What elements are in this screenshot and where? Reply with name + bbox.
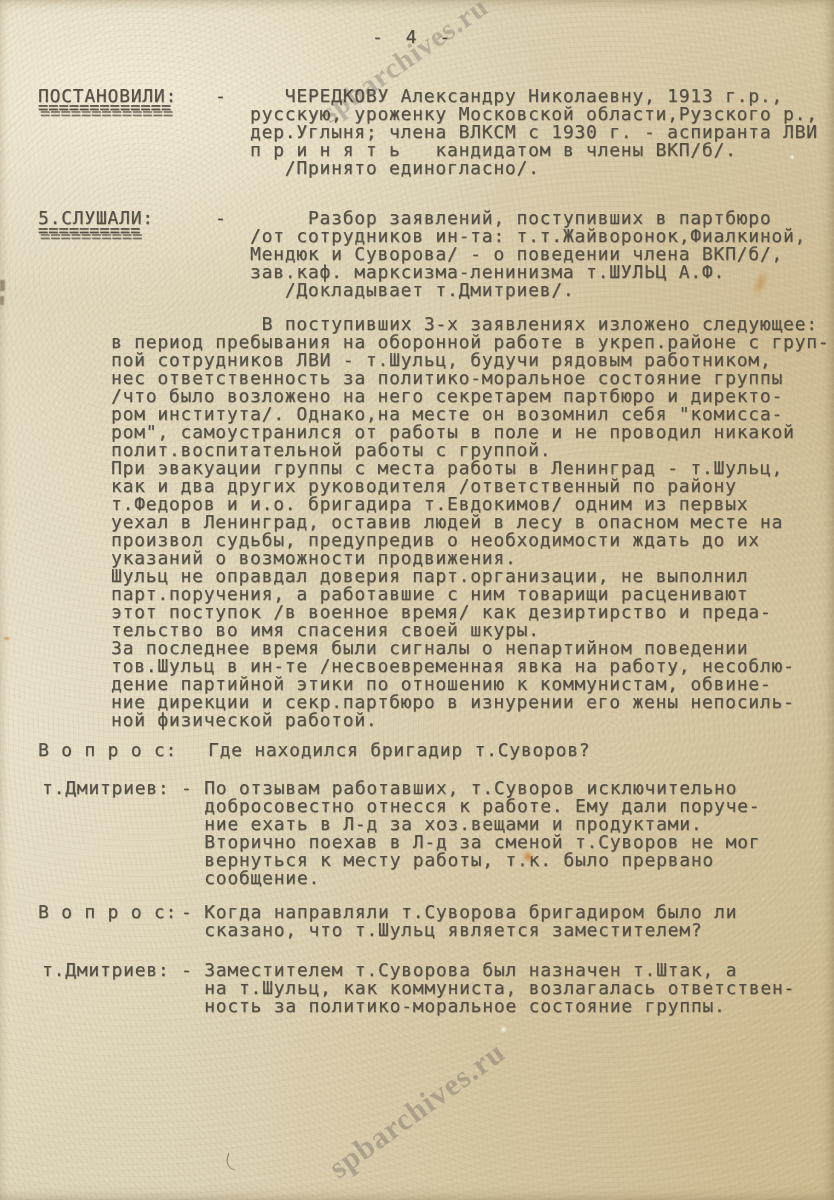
item5-dash: - [215, 210, 227, 228]
left-edge-mark-2 [0, 296, 4, 305]
resolution-underline-2: ============= [40, 109, 173, 119]
white-speck-1 [500, 1026, 507, 1033]
scanned-document-page: spbarchives.ru spbarchives.ru - 4 - ПОСТ… [0, 0, 834, 1200]
item5-underline-2: ========== [40, 232, 142, 242]
qa-question-2-label: В о п р о с: [38, 904, 177, 922]
qa-answer-2-label: т.Дмитриев: [42, 962, 169, 980]
qa-answer-2-text: - Заместителем т.Суворова был назначен т… [181, 962, 795, 1016]
qa-answer-1-text: - По отзывам работавших, т.Суворов исклю… [181, 780, 760, 888]
left-edge-mark-1 [0, 280, 5, 291]
item5-body: Разбор заявлений, поступивших в партбюро… [250, 210, 806, 300]
qa-answer-1-label: т.Дмитриев: [42, 780, 169, 798]
resolution-body: ЧЕРЕДКОВУ Александру Николаевну, 1913 г.… [250, 88, 818, 178]
qa-question-2-text: - Когда направляли т.Суворова бригадиром… [181, 904, 737, 940]
qa-question-1-text: Где находился бригадир т.Суворов? [208, 742, 590, 760]
resolution-dash: - [215, 88, 227, 106]
qa-question-1-label: В о п р о с: [38, 742, 177, 760]
page-number: - 4 - [372, 29, 456, 47]
paper-fiber-mark [224, 1153, 239, 1171]
edge-stain [2, 636, 11, 641]
watermark-bottom: spbarchives.ru [292, 1013, 541, 1200]
report-body: В поступивших 3-х заявлениях изложено сл… [111, 316, 829, 730]
